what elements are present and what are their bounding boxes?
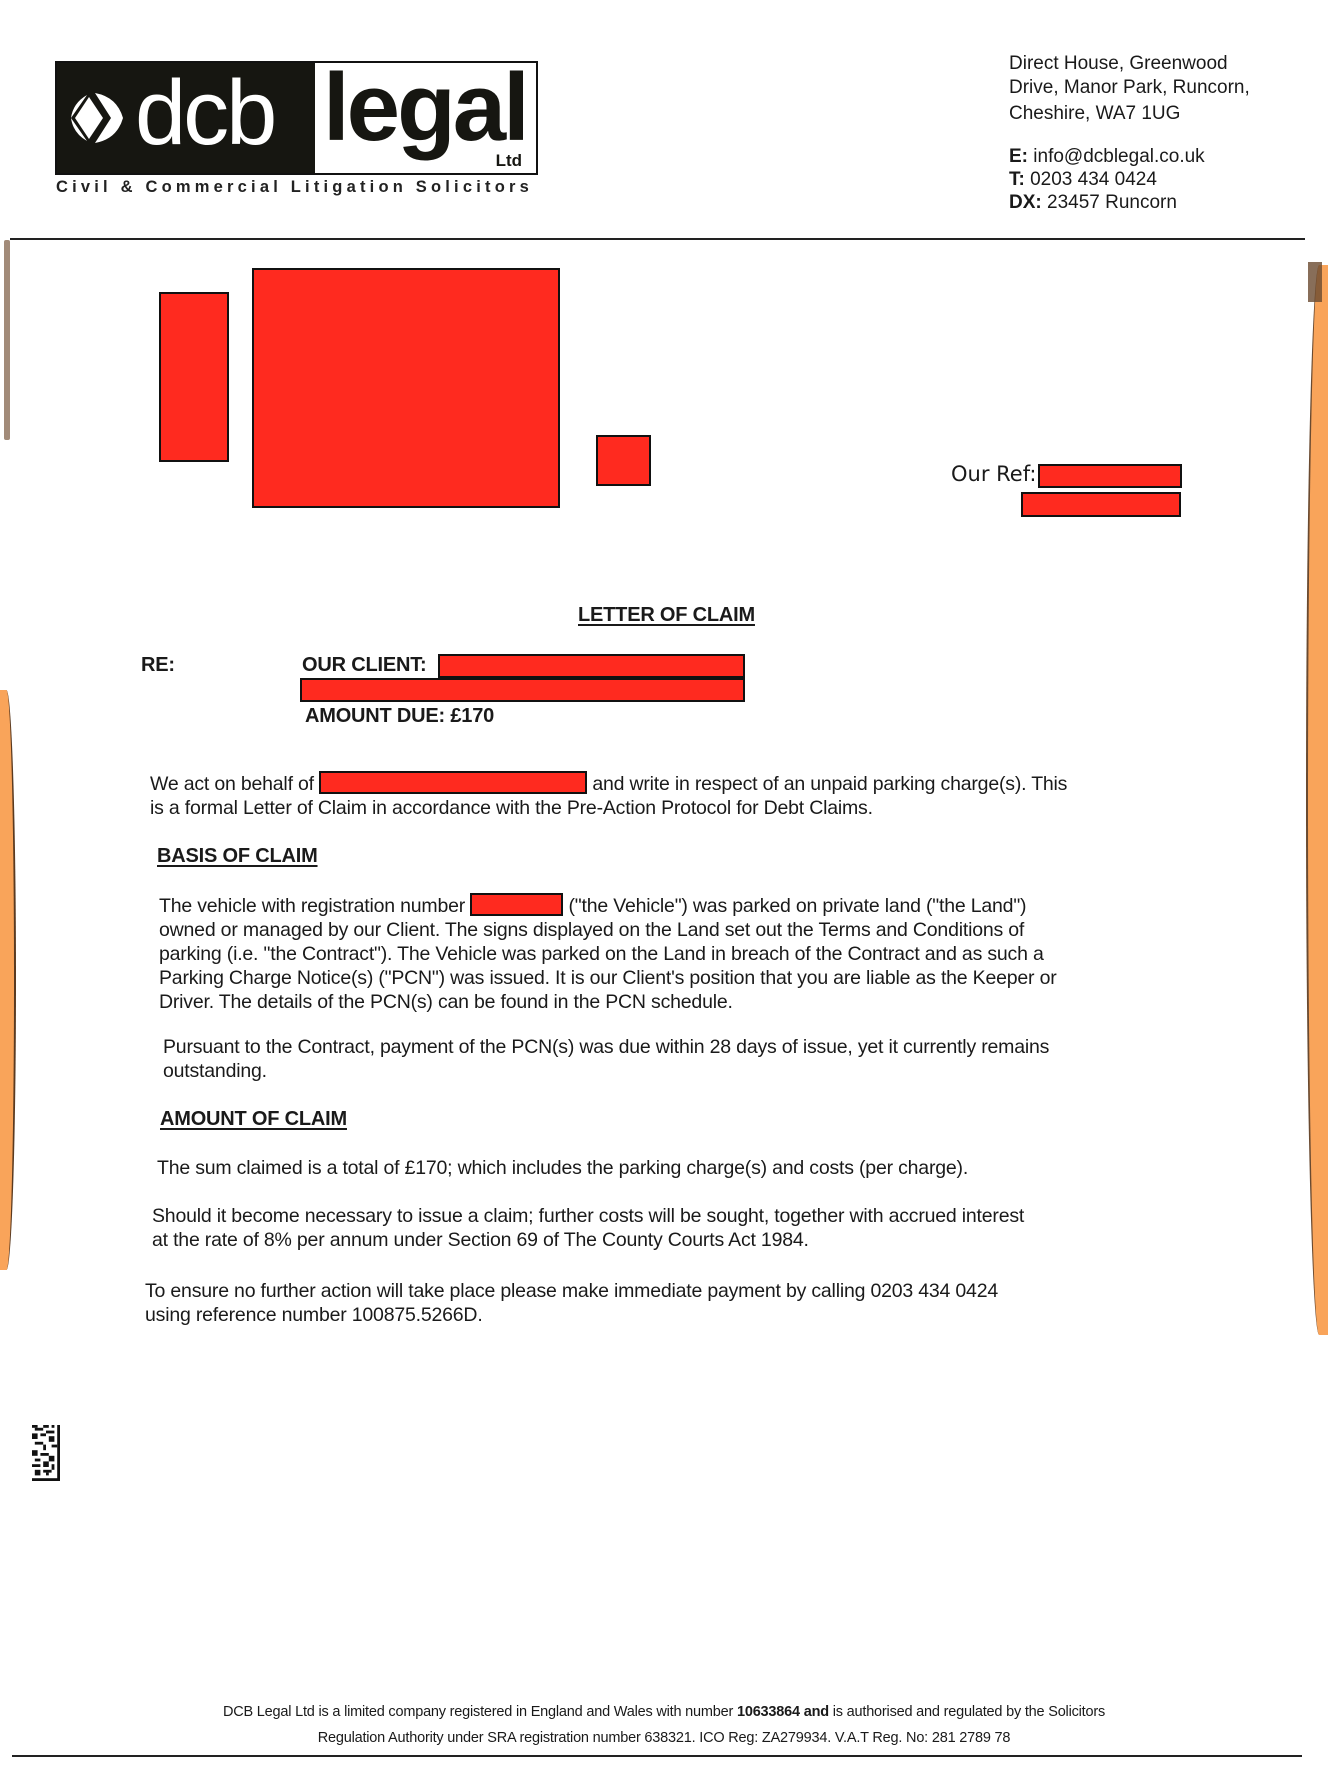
header-divider	[10, 238, 1305, 240]
payment-paragraph: To ensure no further action will take pl…	[145, 1279, 998, 1327]
amount-due-value: £170	[450, 705, 494, 727]
redacted-client-name	[438, 654, 745, 678]
logo-dark-panel: dcb	[57, 63, 315, 173]
logo-text-dcb: dcb	[135, 67, 274, 159]
re-label: RE:	[141, 654, 175, 677]
basis-line: owned or managed by our Client. The sign…	[159, 918, 1057, 942]
basis-line: parking (i.e. "the Contract"). The Vehic…	[159, 942, 1057, 966]
company-logo: dcb legal Ltd	[55, 61, 538, 175]
basis-line: Parking Charge Notice(s) ("PCN") was iss…	[159, 966, 1057, 990]
letter-page: dcb legal Ltd Civil & Commercial Litigat…	[0, 0, 1328, 1782]
payment-line: using reference number 100875.5266D.	[145, 1303, 998, 1327]
phone-number[interactable]: 0203 434 0424	[1030, 169, 1157, 190]
pursuant-line: outstanding.	[163, 1059, 1049, 1083]
datamatrix-barcode-icon	[32, 1423, 60, 1483]
amount-of-claim-heading: AMOUNT OF CLAIM	[160, 1108, 347, 1131]
company-address: Direct House, Greenwood Drive, Manor Par…	[1009, 52, 1250, 126]
chevron-logo-icon	[67, 87, 129, 149]
letter-title: LETTER OF CLAIM	[578, 604, 755, 627]
further-costs-line: at the rate of 8% per annum under Sectio…	[152, 1228, 1024, 1252]
sum-claimed-paragraph: The sum claimed is a total of £170; whic…	[157, 1156, 968, 1180]
logo-tagline: Civil & Commercial Litigation Solicitors	[56, 178, 533, 197]
logo-text-ltd: Ltd	[496, 151, 522, 171]
logo-light-panel: legal Ltd	[315, 63, 536, 173]
dx-number: 23457 Runcorn	[1047, 192, 1177, 213]
footer-registration-line-1: DCB Legal Ltd is a limited company regis…	[0, 1704, 1328, 1720]
basis-of-claim-heading: BASIS OF CLAIM	[157, 845, 318, 868]
redacted-recipient-address	[252, 268, 560, 508]
address-line: Cheshire, WA7 1UG	[1009, 102, 1250, 126]
further-costs-line: Should it become necessary to issue a cl…	[152, 1204, 1024, 1228]
redacted-reference-1	[1038, 464, 1182, 488]
pursuant-paragraph: Pursuant to the Contract, payment of the…	[163, 1035, 1049, 1083]
footer-divider	[12, 1755, 1302, 1757]
intro-line: is a formal Letter of Claim in accordanc…	[150, 796, 1067, 820]
our-client-label: OUR CLIENT:	[302, 654, 426, 677]
payment-line: To ensure no further action will take pl…	[145, 1279, 998, 1303]
intro-line: We act on behalf of and write in respect…	[150, 771, 1067, 796]
contact-phone: T: 0203 434 0424	[1009, 168, 1205, 191]
email-link[interactable]: info@dcblegal.co.uk	[1033, 146, 1204, 167]
company-contacts: E: info@dcblegal.co.uk T: 0203 434 0424 …	[1009, 145, 1205, 214]
address-line: Direct House, Greenwood	[1009, 52, 1250, 76]
redacted-client-inline	[319, 771, 587, 794]
redacted-reference-2	[1021, 492, 1181, 517]
further-costs-paragraph: Should it become necessary to issue a cl…	[152, 1204, 1024, 1252]
contact-dx: DX: 23457 Runcorn	[1009, 191, 1205, 214]
pursuant-line: Pursuant to the Contract, payment of the…	[163, 1035, 1049, 1059]
basis-paragraph: The vehicle with registration number ("t…	[159, 893, 1057, 1014]
our-ref-label: Our Ref:	[951, 462, 1036, 486]
redacted-recipient-block-1	[159, 292, 229, 462]
address-line: Drive, Manor Park, Runcorn,	[1009, 76, 1250, 100]
redacted-recipient-block-2	[596, 435, 651, 486]
company-number: 10633864 and	[737, 1704, 829, 1720]
footer-registration-line-2: Regulation Authority under SRA registrat…	[0, 1730, 1328, 1746]
logo-text-legal: legal	[323, 55, 527, 161]
amount-due: AMOUNT DUE: £170	[305, 705, 494, 728]
intro-paragraph: We act on behalf of and write in respect…	[150, 771, 1067, 820]
redacted-registration-number	[470, 893, 563, 916]
basis-line: Driver. The details of the PCN(s) can be…	[159, 990, 1057, 1014]
redacted-client-details	[300, 678, 745, 702]
basis-line: The vehicle with registration number ("t…	[159, 893, 1057, 918]
contact-email: E: info@dcblegal.co.uk	[1009, 145, 1205, 168]
